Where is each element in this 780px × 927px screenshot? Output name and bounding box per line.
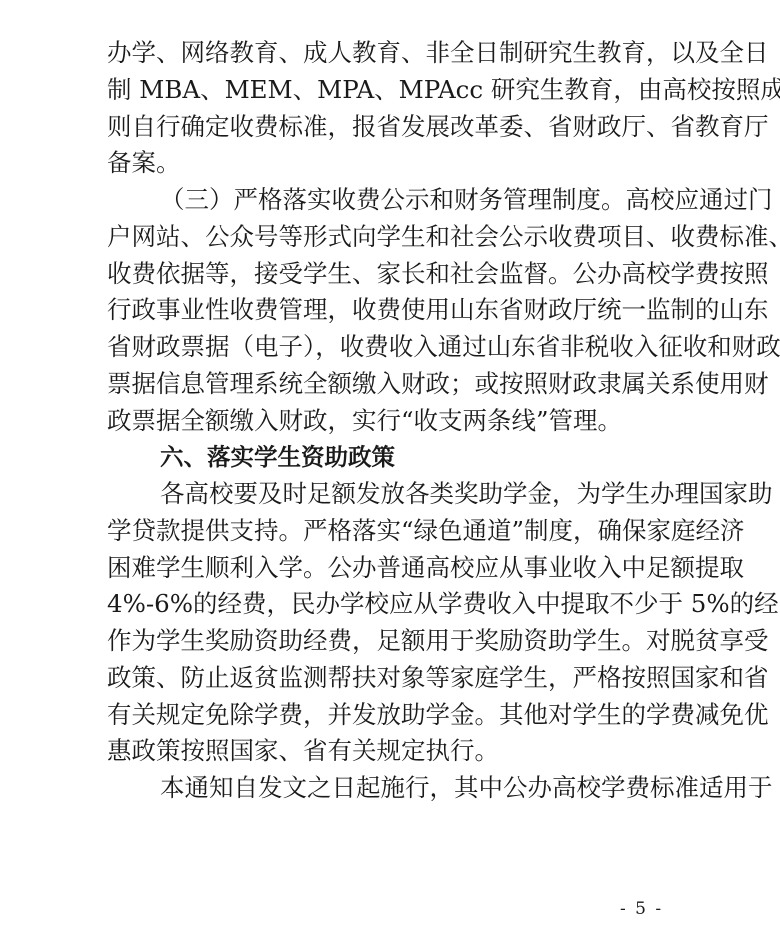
text-line: 政票据全额缴入财政，实行“收支两条线”管理。 xyxy=(107,403,665,440)
text-line: 办学、网络教育、成人教育、非全日制研究生教育，以及全日 xyxy=(107,35,665,72)
document-body: 办学、网络教育、成人教育、非全日制研究生教育，以及全日 制 MBA、MEM、MP… xyxy=(107,35,665,807)
text-line: 困难学生顺利入学。公办普通高校应从事业收入中足额提取 xyxy=(107,550,665,587)
text-line: 惠政策按照国家、省有关规定执行。 xyxy=(107,733,665,770)
page-number: - 5 - xyxy=(620,899,663,919)
text-line: 票据信息管理系统全额缴入财政；或按照财政隶属关系使用财 xyxy=(107,366,665,403)
text-line: 户网站、公众号等形式向学生和社会公示收费项目、收费标准、 xyxy=(107,219,665,256)
text-line: 4%-6%的经费，民办学校应从学费收入中提取不少于 5%的经费， xyxy=(107,586,665,623)
text-line: 省财政票据（电子），收费收入通过山东省非税收入征收和财政 xyxy=(107,329,665,366)
text-line: 行政事业性收费管理，收费使用山东省财政厅统一监制的山东 xyxy=(107,292,665,329)
text-line: 备案。 xyxy=(107,145,665,182)
text-line: 制 MBA、MEM、MPA、MPAcc 研究生教育，由高校按照成本补偿原 xyxy=(107,72,665,109)
text-line: 有关规定免除学费，并发放助学金。其他对学生的学费减免优 xyxy=(107,697,665,734)
text-line: 学贷款提供支持。严格落实“绿色通道”制度，确保家庭经济 xyxy=(107,513,665,550)
text-line: 政策、防止返贫监测帮扶对象等家庭学生，严格按照国家和省 xyxy=(107,660,665,697)
text-line: 收费依据等，接受学生、家长和社会监督。公办高校学费按照 xyxy=(107,256,665,293)
text-line: 作为学生奖励资助经费，足额用于奖励资助学生。对脱贫享受 xyxy=(107,623,665,660)
text-line: 各高校要及时足额发放各类奖助学金，为学生办理国家助 xyxy=(107,476,665,513)
text-line: 本通知自发文之日起施行，其中公办高校学费标准适用于 xyxy=(107,770,665,807)
text-line: （三）严格落实收费公示和财务管理制度。高校应通过门 xyxy=(107,182,665,219)
document-page: 办学、网络教育、成人教育、非全日制研究生教育，以及全日 制 MBA、MEM、MP… xyxy=(0,0,780,927)
section-heading: 六、落实学生资助政策 xyxy=(107,439,665,476)
text-line: 则自行确定收费标准，报省发展改革委、省财政厅、省教育厅 xyxy=(107,109,665,146)
